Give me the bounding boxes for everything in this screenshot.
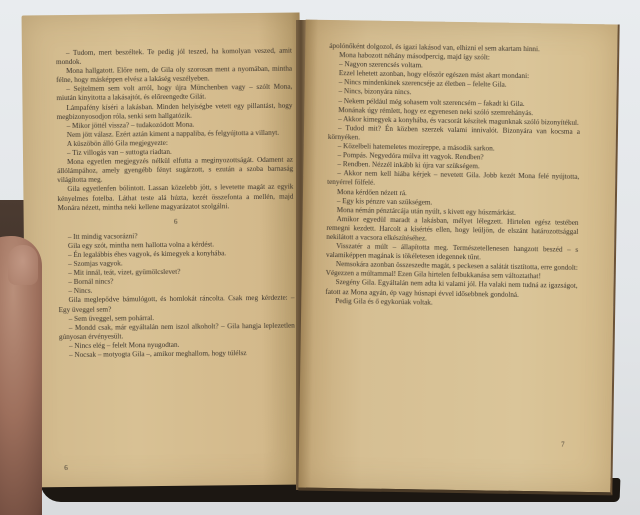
page-number-right: 7 bbox=[561, 441, 565, 449]
paragraph: – Nocsak – motyogta Gila –, amikor megha… bbox=[59, 349, 295, 361]
paragraph: Mona egyetlen megjegyzés nélkül elfutta … bbox=[57, 156, 293, 186]
paragraph: Amikor egyedül maradt a lakásban, mélyet… bbox=[326, 215, 578, 246]
paragraph: Gila meglepődve bámulógott, és homlokát … bbox=[58, 294, 294, 315]
left-page-text: – Tudom, mert beszéltek. Te pedig jól te… bbox=[56, 47, 295, 361]
right-page-text: ápolónőként dolgozol, és igazi lakásod v… bbox=[325, 42, 581, 310]
right-page: ápolónőként dolgozol, és igazi lakásod v… bbox=[298, 20, 619, 496]
page-number-left: 6 bbox=[64, 464, 68, 472]
paragraph: Gila egyetlenfen bólintott. Lassan közel… bbox=[57, 183, 293, 213]
thumbnail-highlight bbox=[8, 245, 38, 285]
section-mark: 6 bbox=[58, 216, 294, 228]
left-page: – Tudom, mert beszéltek. Te pedig jól te… bbox=[22, 13, 305, 488]
